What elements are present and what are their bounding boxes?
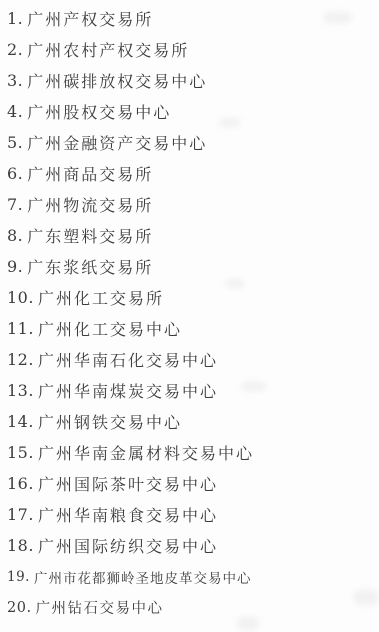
list-item: 14. 广州钢铁交易中心: [7, 406, 379, 437]
item-text: 广州股权交易中心: [27, 100, 171, 123]
list-item: 18. 广州国际纺织交易中心: [7, 530, 379, 561]
list-item: 3. 广州碳排放权交易中心: [7, 65, 379, 96]
list-item: 7. 广州物流交易所: [7, 189, 379, 220]
item-text: 广州化工交易所: [38, 286, 164, 309]
item-text: 广东塑料交易所: [27, 224, 153, 247]
item-number: 8.: [7, 226, 23, 245]
item-number: 17.: [7, 505, 34, 524]
item-text: 广州钻石交易中心: [36, 597, 164, 618]
item-text: 广州商品交易所: [27, 162, 153, 185]
item-number: 6.: [7, 164, 23, 183]
item-text: 广州农村产权交易所: [27, 38, 189, 61]
item-number: 11.: [7, 319, 34, 338]
item-text: 广州产权交易所: [27, 7, 153, 30]
item-text: 广州金融资产交易中心: [27, 131, 207, 154]
item-text: 广州钢铁交易中心: [38, 410, 182, 433]
list-item: 17. 广州华南粮食交易中心: [7, 499, 379, 530]
item-number: 12.: [7, 350, 34, 369]
list-item: 12. 广州华南石化交易中心: [7, 344, 379, 375]
list-item: 11. 广州化工交易中心: [7, 313, 379, 344]
list-item: 2. 广州农村产权交易所: [7, 34, 379, 65]
item-text: 广州物流交易所: [27, 193, 153, 216]
item-number: 14.: [7, 412, 34, 431]
document-page: 1. 广州产权交易所 2. 广州农村产权交易所 3. 广州碳排放权交易中心 4.…: [0, 0, 379, 632]
item-text: 广州化工交易中心: [38, 317, 182, 340]
list-item: 9. 广东浆纸交易所: [7, 251, 379, 282]
item-text: 广州国际纺织交易中心: [38, 534, 218, 557]
item-number: 20.: [7, 600, 32, 616]
item-text: 广州碳排放权交易中心: [27, 69, 207, 92]
item-number: 4.: [7, 102, 23, 121]
item-number: 7.: [7, 195, 23, 214]
list-item: 8. 广东塑料交易所: [7, 220, 379, 251]
list-item: 6. 广州商品交易所: [7, 158, 379, 189]
item-number: 19.: [7, 569, 30, 585]
item-number: 5.: [7, 133, 23, 152]
list-item: 19. 广州市花都狮岭圣地皮革交易中心: [7, 561, 379, 592]
list-item: 13. 广州华南煤炭交易中心: [7, 375, 379, 406]
item-number: 9.: [7, 257, 23, 276]
item-number: 16.: [7, 474, 34, 493]
item-number: 2.: [7, 40, 23, 59]
item-number: 1.: [7, 9, 23, 28]
item-number: 18.: [7, 536, 34, 555]
item-text: 广州国际茶叶交易中心: [38, 472, 218, 495]
item-text: 广州华南石化交易中心: [38, 348, 218, 371]
list-item: 16. 广州国际茶叶交易中心: [7, 468, 379, 499]
item-number: 3.: [7, 71, 23, 90]
item-number: 10.: [7, 288, 34, 307]
list-item: 15. 广州华南金属材料交易中心: [7, 437, 379, 468]
list-item: 10. 广州化工交易所: [7, 282, 379, 313]
item-text: 广州华南粮食交易中心: [38, 503, 218, 526]
list-item: 4. 广州股权交易中心: [7, 96, 379, 127]
exchange-list: 1. 广州产权交易所 2. 广州农村产权交易所 3. 广州碳排放权交易中心 4.…: [7, 3, 379, 623]
list-item: 5. 广州金融资产交易中心: [7, 127, 379, 158]
item-number: 15.: [7, 443, 34, 462]
item-text: 广东浆纸交易所: [27, 255, 153, 278]
list-item: 1. 广州产权交易所: [7, 3, 379, 34]
item-text: 广州华南煤炭交易中心: [38, 379, 218, 402]
item-text: 广州市花都狮岭圣地皮革交易中心: [34, 567, 252, 587]
list-item: 20. 广州钻石交易中心: [7, 592, 379, 623]
item-text: 广州华南金属材料交易中心: [38, 441, 254, 464]
item-number: 13.: [7, 381, 34, 400]
